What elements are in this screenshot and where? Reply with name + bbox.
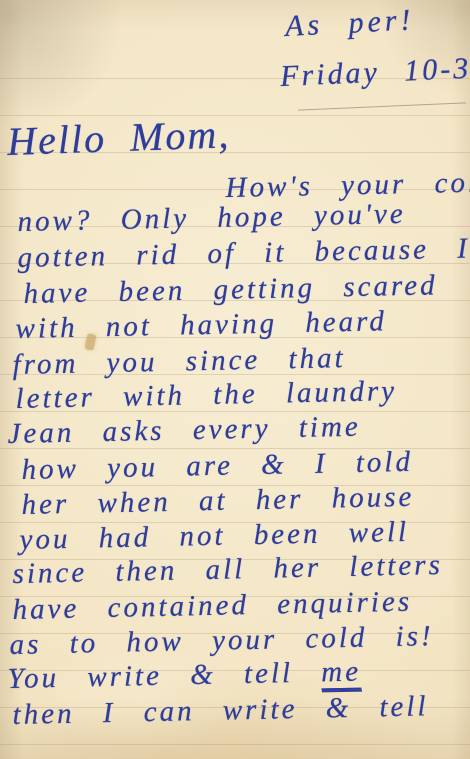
line-text: as to how your cold is! <box>9 620 434 661</box>
line-text: Jean asks every time <box>7 411 361 450</box>
underlined-word: me <box>321 656 362 693</box>
line-text: with not having heard <box>15 305 387 345</box>
annotation-line: As per! <box>284 3 415 44</box>
greeting-line: Hello Mom, <box>6 110 231 165</box>
letter-page: As per! Friday 10-30pm Hello Mom, How's … <box>0 0 470 759</box>
line-text: You write & tell <box>7 656 321 695</box>
line-text: then I can write & tell <box>12 690 429 731</box>
line-text: now? Only hope you've <box>17 198 406 238</box>
